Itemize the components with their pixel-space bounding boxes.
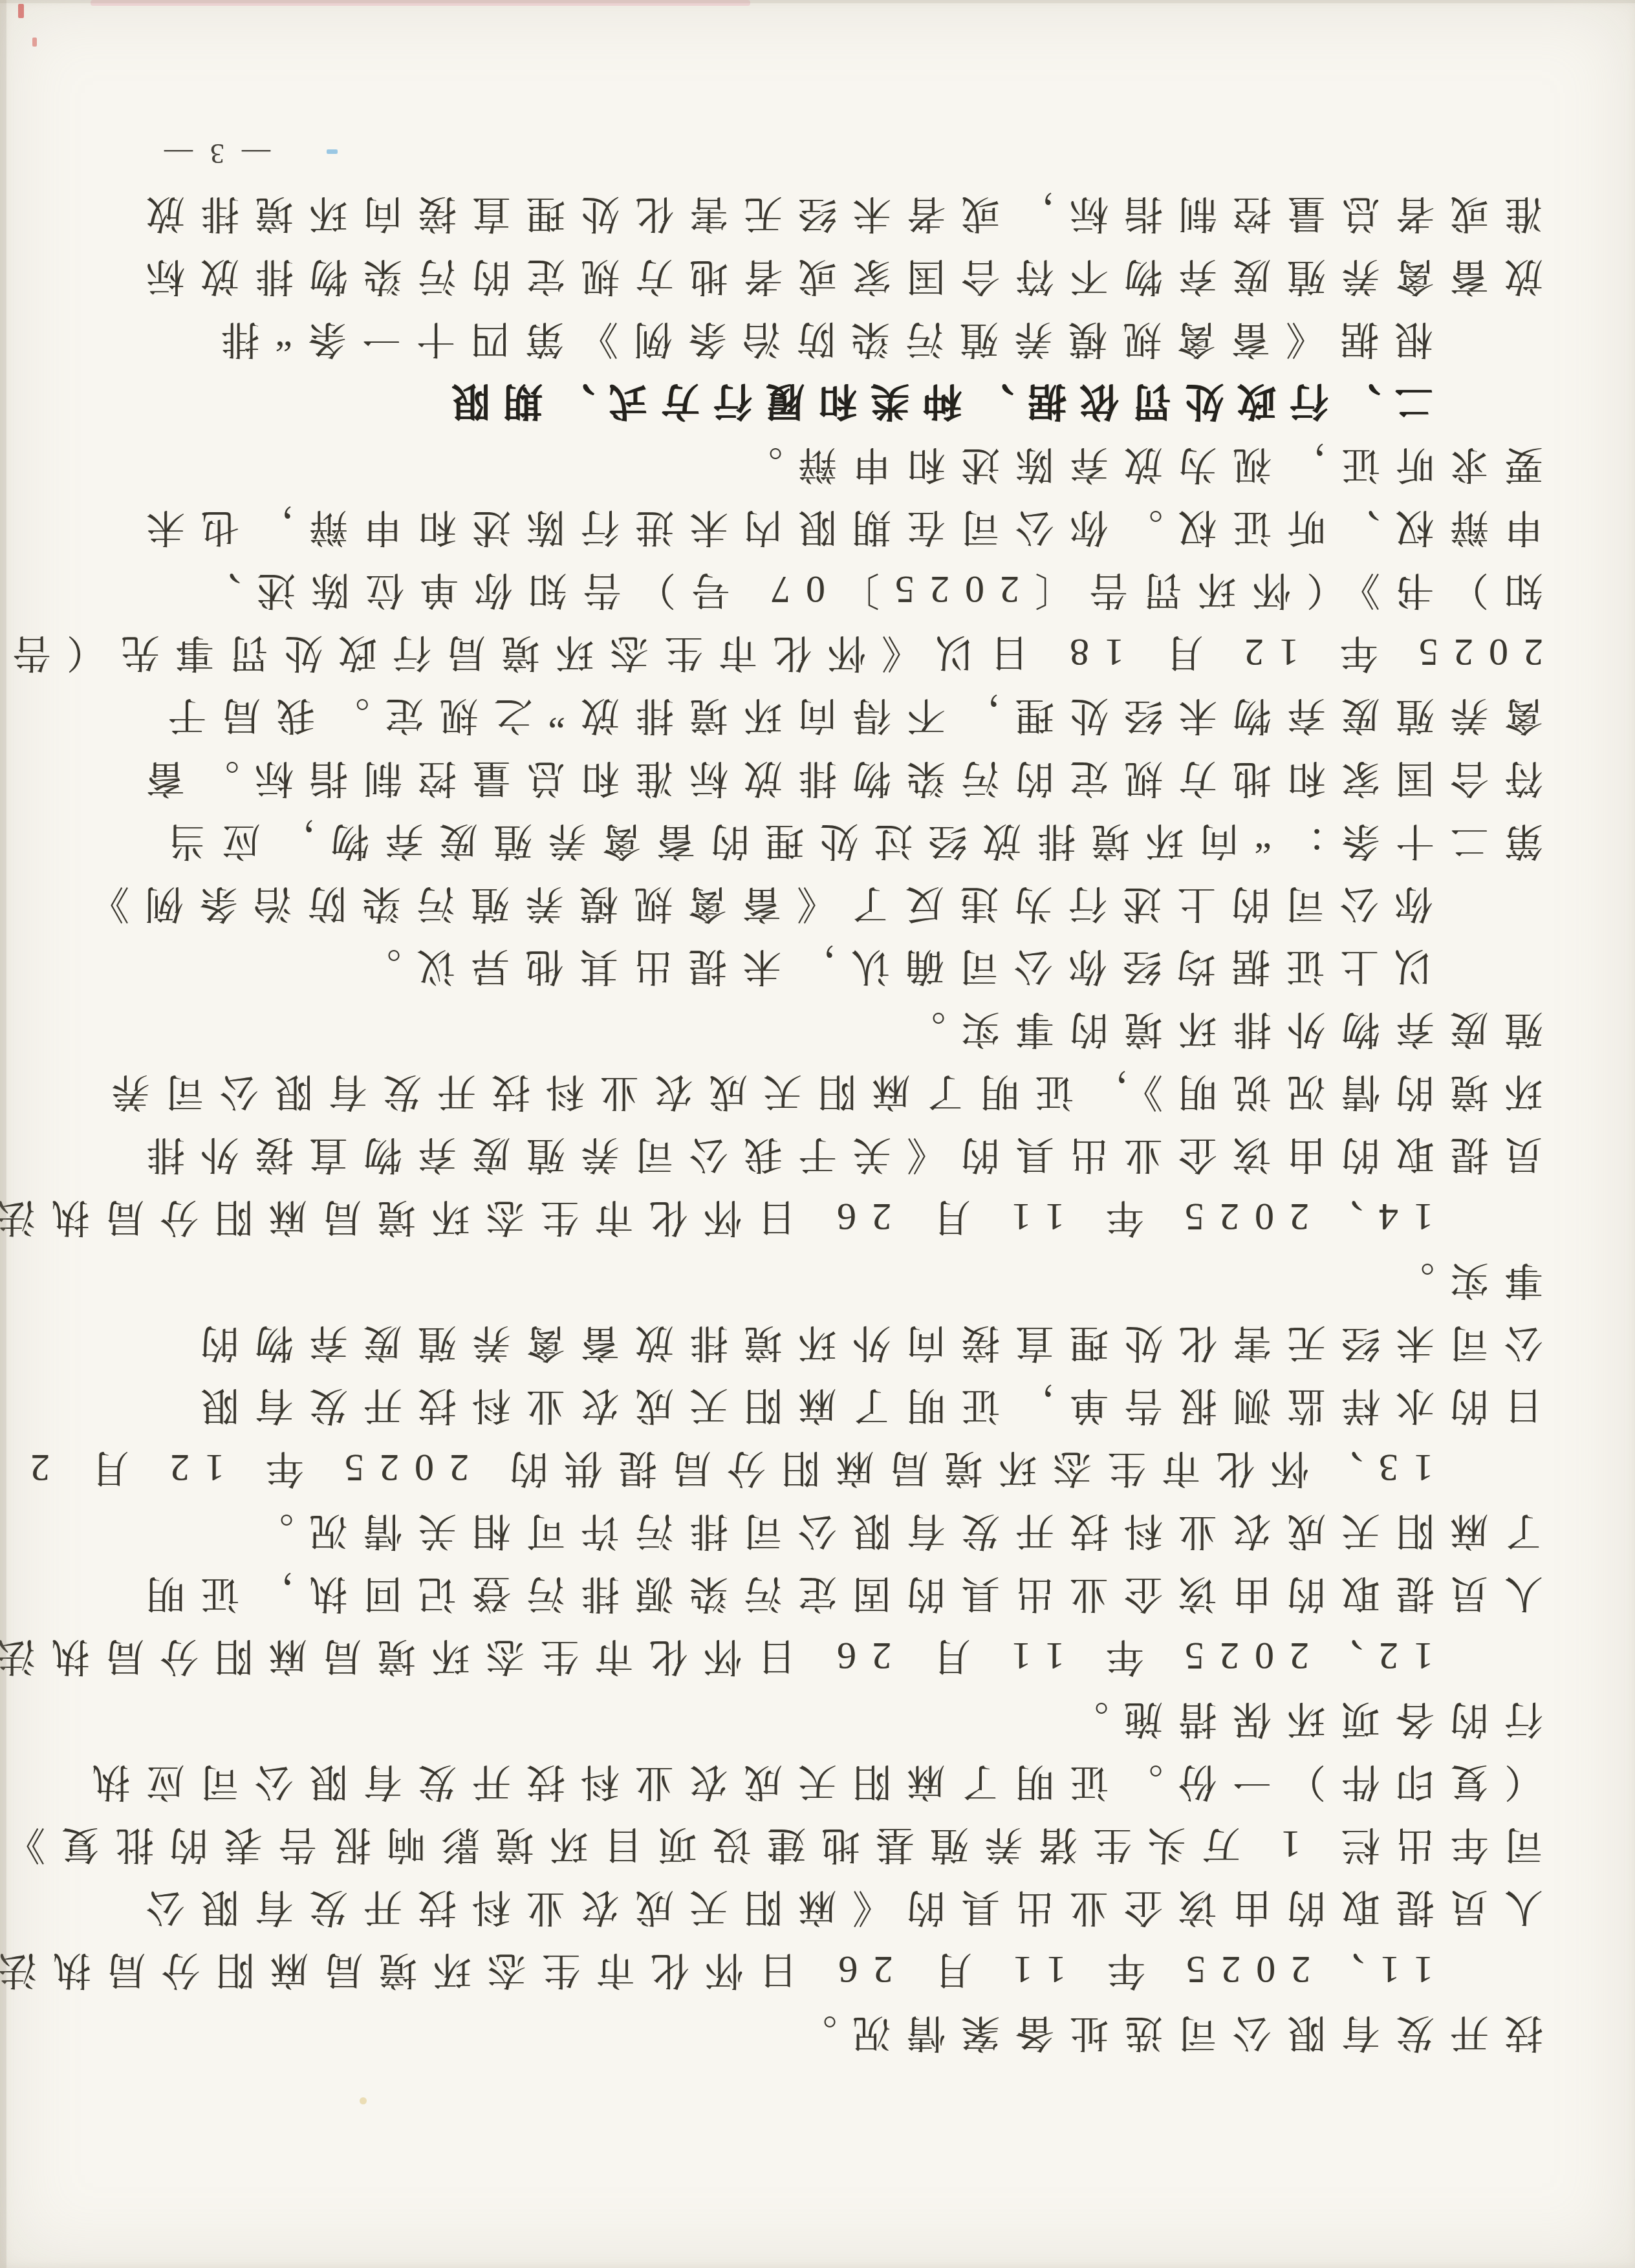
doc-line: 要求听证，视为放弃陈述和申辩。	[89, 433, 1543, 495]
doc-line-item-13: 13、怀化市生态环境局麻阳分局提供的 2025 年 12 月 2	[89, 1436, 1543, 1499]
doc-line: 行的各项环保措施。	[89, 1687, 1543, 1750]
doc-line: （复印件）一份。证明了麻阳天成农业科技开发有限公司应执	[89, 1750, 1543, 1813]
doc-line-item-14: 14、2025 年 11 月 26 日怀化市生态环境局麻阳分局执法人	[89, 1185, 1543, 1248]
doc-line-violation: 你公司的上述行为违反了《畜禽规模养殖污染防治条例》	[89, 872, 1543, 934]
doc-line: 申辩权、听证权。你公司在期限内未进行陈述和申辩，也未	[89, 495, 1543, 558]
doc-line: 事实。	[89, 1248, 1543, 1311]
doc-line-item-12: 12、2025 年 11 月 26 日怀化市生态环境局麻阳分局执法	[89, 1625, 1543, 1687]
doc-line: 公司未经无害化处理直接向外环境排放畜禽养殖废弃物的	[89, 1311, 1543, 1374]
doc-line: 员提取的由该企业出具的《关于我公司养殖废弃物直接外排	[89, 1123, 1543, 1185]
doc-line: 2025 年 12 月 18 日以《怀化市生态环境局行政处罚事先（告	[89, 621, 1543, 684]
doc-line-statute: 根据《畜禽规模养殖污染防治条例》第四十一条“排	[89, 307, 1543, 370]
document-sheet-rotated-180: 技开发有限公司选址备案情况。 11、2025 年 11 月 26 日怀化市生态环…	[0, 0, 1635, 2268]
doc-line: 了麻阳天成农业科技开发有限公司排污许可相关情况。	[89, 1499, 1543, 1562]
doc-line: 准或者总量控制指标，或者未经无害化处理直接向环境排放	[89, 182, 1543, 244]
doc-line: 技开发有限公司选址备案情况。	[89, 2001, 1543, 2064]
doc-line-item-11: 11、2025 年 11 月 26 日怀化市生态环境局麻阳分局执法	[89, 1938, 1543, 2001]
section-heading: 二、行政处罚依据、种类和履行方式、期限	[89, 370, 1543, 433]
doc-line: 符合国家和地方规定的污染物排放标准和总量控制指标。畜	[89, 746, 1543, 809]
doc-line: 第二十条：“向环境排放经过处理的畜禽养殖废弃物，应当	[89, 809, 1543, 872]
doc-line: 环境的情况说明》，证明了麻阳天成农业科技开发有限公司养	[89, 1060, 1543, 1123]
doc-line: 司年出栏 1 万头生猪养殖基地建设项目环境影响报告表的批复》	[89, 1813, 1543, 1875]
doc-line: 知）书》（怀环罚告〔2025〕07 号）告知你单位陈述、	[89, 558, 1543, 621]
doc-line-evidence-confirm: 以上证据均经你公司确认，未提出其他异议。	[89, 934, 1543, 997]
doc-line: 日的水样监测报告单，证明了麻阳天成农业科技开发有限	[89, 1374, 1543, 1436]
doc-line: 人员提取的由该企业出具的《麻阳天成农业科技开发有限公	[89, 1875, 1543, 1938]
page-number: — 3 —	[159, 137, 270, 170]
scanned-page: 技开发有限公司选址备案情况。 11、2025 年 11 月 26 日怀化市生态环…	[0, 0, 1635, 2268]
doc-line: 人员提取的由该企业出具的固定污染源排污登记回执，证明	[89, 1562, 1543, 1625]
doc-line: 禽养殖废弃物未经处理，不得向环境排放”之规定。我局于	[89, 684, 1543, 746]
doc-line: 放畜禽养殖废弃物不符合国家或者地方规定的污染物排放标	[89, 244, 1543, 307]
doc-line: 殖废弃物外排环境的事实。	[89, 997, 1543, 1060]
